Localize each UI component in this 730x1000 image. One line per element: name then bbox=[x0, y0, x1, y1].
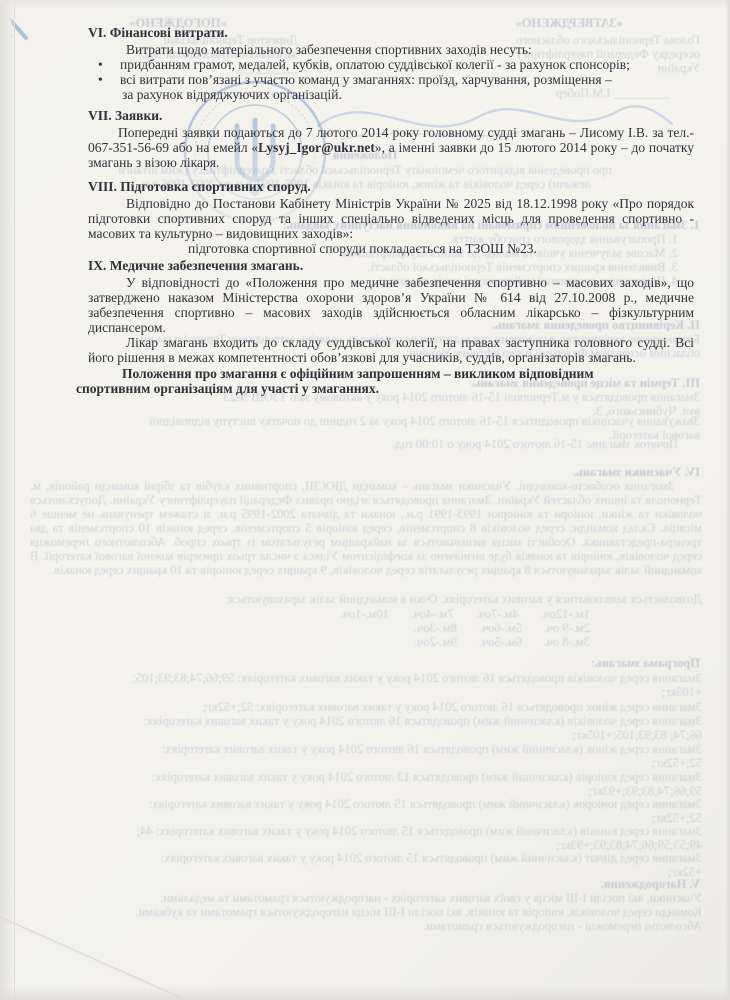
section-applications-heading: VII. Заявки. bbox=[88, 108, 694, 123]
section-medical: IX. Медичне забезпечення змагань. У відп… bbox=[88, 258, 694, 365]
section-applications-body: Попередні заявки подаються до 7 лютого 2… bbox=[88, 125, 694, 170]
section-facilities-para2: підготовка спортивної споруди покладаєть… bbox=[88, 241, 694, 256]
section-finances-heading: VI. Фінансові витрати. bbox=[88, 25, 694, 40]
section-medical-para2: Лікар змагань входить до складу суддівсь… bbox=[88, 335, 694, 365]
scan-edge-right bbox=[725, 0, 730, 1000]
closing-statement: Положення про змагання є офіційним запро… bbox=[76, 366, 642, 396]
section-facilities: VIII. Підготовка спортивних споруд. Відп… bbox=[88, 179, 694, 256]
section-medical-heading: IX. Медичне забезпечення змагань. bbox=[88, 258, 694, 273]
closing-text: Положення про змагання є офіційним запро… bbox=[76, 366, 642, 396]
document-text-layer: VI. Фінансові витрати. Витрати щодо мате… bbox=[0, 0, 730, 1000]
bullet-text: придбанням грамот, медалей, кубків, опла… bbox=[120, 57, 630, 72]
bullet-item: • всі витрати пов’язані з участю команд … bbox=[88, 72, 694, 87]
scan-edge-left bbox=[0, 0, 15, 1000]
bullet-continuation: за рахунок відряджуючих організацій. bbox=[88, 87, 694, 102]
scan-edge-top bbox=[0, 0, 730, 8]
section-medical-para1: У відповідності до «Положення про медичн… bbox=[88, 275, 694, 335]
email-address: Lysyj_Igor@ukr.net bbox=[258, 140, 375, 155]
section-facilities-heading: VIII. Підготовка спортивних споруд. bbox=[88, 179, 694, 194]
scanned-document-page: «ЗАТВЕРДЖЕНО»Голова Тернопільського обла… bbox=[0, 0, 730, 1000]
section-finances: VI. Фінансові витрати. Витрати щодо мате… bbox=[88, 25, 694, 102]
section-facilities-para1: Відповідно до Постанови Кабінету Міністр… bbox=[88, 196, 694, 241]
bullet-item: • придбанням грамот, медалей, кубків, оп… bbox=[88, 57, 694, 72]
bullet-text: всі витрати пов’язані з участю команд у … bbox=[120, 72, 612, 87]
bullet-icon: • bbox=[88, 57, 120, 72]
scan-edge-bottom bbox=[0, 986, 730, 1000]
bullet-icon: • bbox=[88, 72, 120, 87]
section-applications: VII. Заявки. Попередні заявки подаються … bbox=[88, 108, 694, 170]
finances-bullet-list: • придбанням грамот, медалей, кубків, оп… bbox=[88, 57, 694, 87]
section-finances-intro: Витрати щодо матеріального забезпечення … bbox=[88, 42, 694, 57]
